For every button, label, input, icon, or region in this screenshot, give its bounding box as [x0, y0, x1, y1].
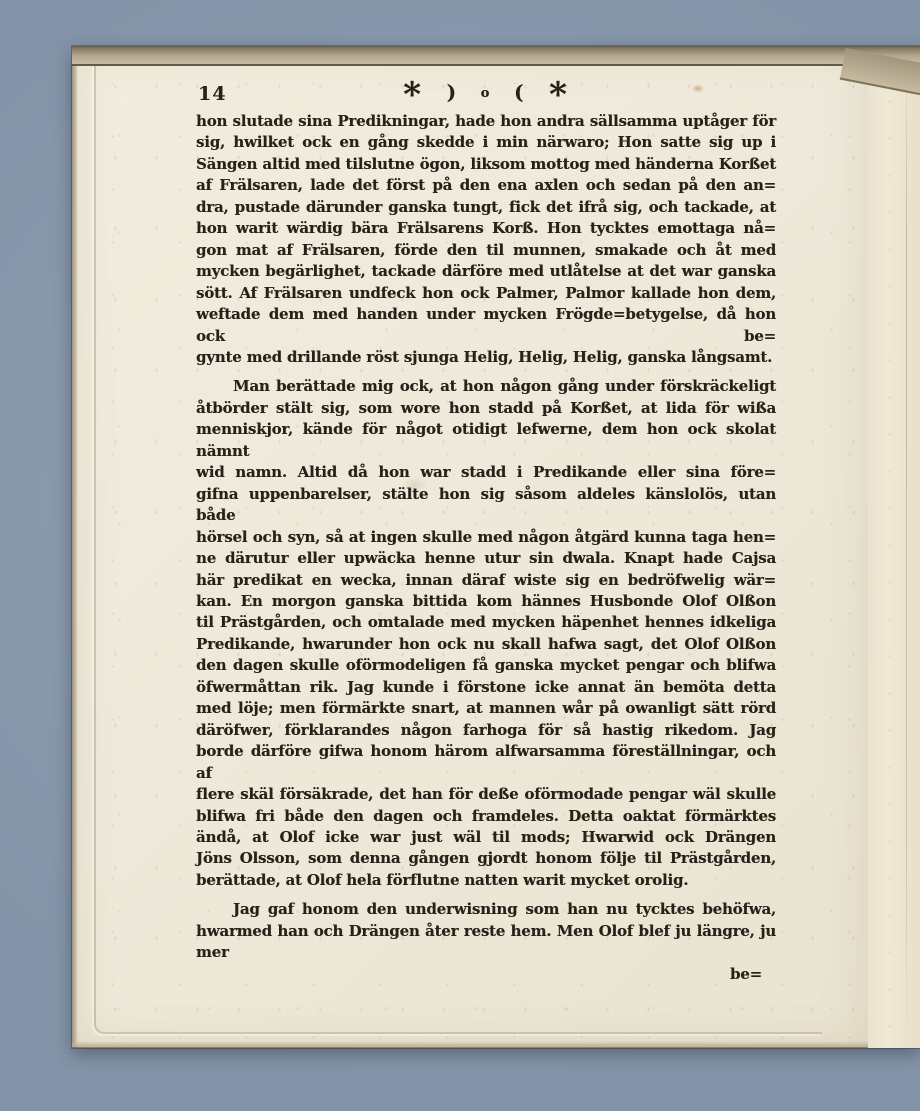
text-line: sött. Af Frälsaren undfeck hon ock Palme…: [196, 283, 776, 304]
text-line: sig, hwilket ock en gång skedde i min nä…: [196, 132, 776, 153]
text-line: med löje; men förmärkte snart, at mannen…: [196, 698, 776, 719]
text-line: flere skäl försäkrade, det han för deße …: [196, 784, 776, 805]
page-left-edge: [72, 46, 78, 1048]
paper-stain: [692, 84, 704, 93]
text-line: hörsel och syn, så at ingen skulle med n…: [196, 527, 776, 548]
text-line: Predikande, hwarunder hon ock nu skall h…: [196, 634, 776, 655]
ornament-circle: o: [481, 83, 492, 104]
text-line: gon mat af Frälsaren, förde den til munn…: [196, 240, 776, 261]
text-line: Man berättade mig ock, at hon någon gång…: [196, 376, 776, 397]
text-line: weftade dem med handen under mycken Frög…: [196, 304, 776, 347]
page-edge-crease: [906, 46, 907, 1048]
text-line: däröfwer, förklarandes någon farhoga för…: [196, 720, 776, 741]
text-line: ne därutur eller upwäcka henne utur sin …: [196, 548, 776, 569]
page-top-edge: [72, 46, 920, 66]
text-line: dra, pustade därunder ganska tungt, fick…: [196, 197, 776, 218]
rosette-icon: *: [403, 90, 423, 100]
text-line: borde därföre gifwa honom härom alfwarsa…: [196, 741, 776, 784]
text-line: hon warit wärdig bära Frälsarens Korß. H…: [196, 218, 776, 239]
text-line: kan. En morgon ganska bittida kom hännes…: [196, 591, 776, 612]
text-line: blifwa fri både den dagen och framdeles.…: [196, 806, 776, 827]
scanned-book-page: 14 * ) o ( * hon slutade sina Predikning…: [72, 46, 868, 1048]
text-line: Jag gaf honom den underwisning som han n…: [196, 899, 776, 920]
text-line: menniskjor, kände för något otidigt lefw…: [196, 419, 776, 462]
text-line: gynte med drillande röst sjunga Helig, H…: [196, 347, 776, 368]
text-line: hwarmed han och Drängen åter reste hem. …: [196, 921, 776, 964]
text-line: gifna uppenbarelser, stälte hon sig såso…: [196, 484, 776, 527]
text-line: den dagen skulle oförmodeligen få ganska…: [196, 655, 776, 676]
ornament-paren-open: ): [447, 82, 458, 103]
text-line: til Prästgården, och omtalade med mycken…: [196, 612, 776, 633]
text-line: hon slutade sina Predikningar, hade hon …: [196, 111, 776, 132]
text-line: ändå, at Olof icke war just wäl til mods…: [196, 827, 776, 848]
book-page-stack: 14 * ) o ( * hon slutade sina Predikning…: [72, 46, 920, 1048]
paragraph: Man berättade mig ock, at hon någon gång…: [196, 376, 776, 891]
catchword: be=: [196, 964, 776, 985]
text-line: här predikat en wecka, innan däraf wiste…: [196, 570, 776, 591]
text-line: åtbörder stält sig, som wore hon stadd p…: [196, 398, 776, 419]
text-line: öfwermåttan rik. Jag kunde i förstone ic…: [196, 677, 776, 698]
text-block: 14 * ) o ( * hon slutade sina Predikning…: [196, 82, 776, 985]
header-ornament: * ) o ( *: [196, 82, 776, 106]
paragraph: hon slutade sina Predikningar, hade hon …: [196, 111, 776, 368]
text-line: af Frälsaren, lade det först på den ena …: [196, 175, 776, 196]
text-line: Jöns Olsson, som denna gången gjordt hon…: [196, 848, 776, 869]
underlying-page-edges: [866, 46, 920, 1048]
page-bottom-edge: [72, 1041, 868, 1048]
page-header: 14 * ) o ( *: [196, 82, 776, 108]
paragraph: Jag gaf honom den underwisning som han n…: [196, 899, 776, 963]
photograph-background: { "colors":{ "background":"#8494a8", "ba…: [0, 0, 920, 1111]
text-line: wid namn. Altid då hon war stadd i Predi…: [196, 462, 776, 483]
rosette-icon: *: [549, 90, 569, 100]
text-line: berättade, at Olof hela förflutne natten…: [196, 870, 776, 891]
ornament-paren-close: (: [514, 82, 525, 103]
text-line: mycken begärlighet, tackade därföre med …: [196, 261, 776, 282]
text-line: Sängen altid med tilslutne ögon, liksom …: [196, 154, 776, 175]
